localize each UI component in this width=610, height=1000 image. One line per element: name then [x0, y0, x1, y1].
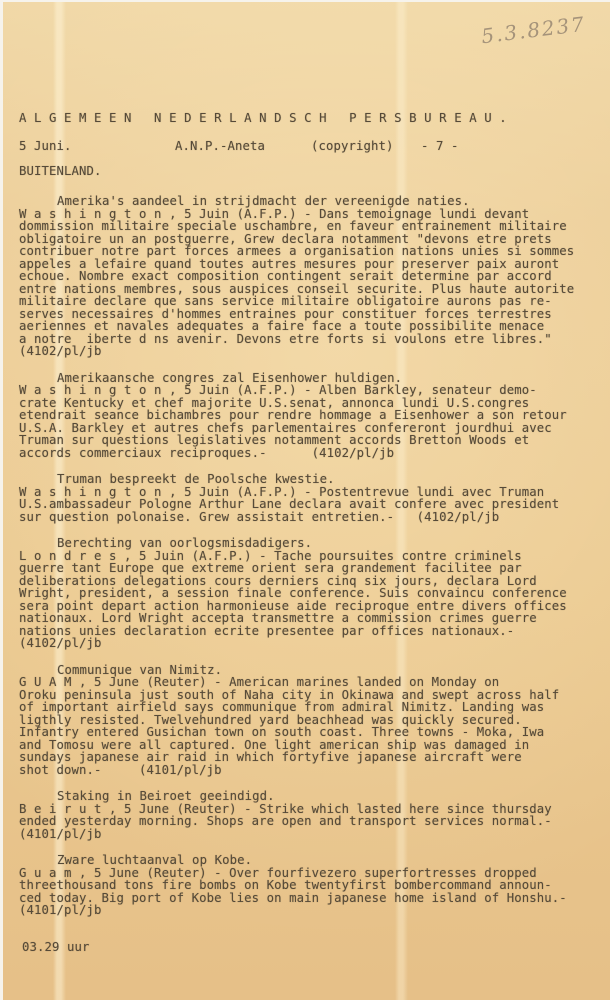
copyright-notice: (copyright) [311, 140, 394, 153]
article-kobe-raid: Zware luchtaanval op Kobe. G u a m , 5 J… [19, 854, 596, 917]
article-body: G u a m , 5 June (Reuter) - Over fourfiv… [19, 867, 596, 917]
dateline: 5 Juni. A.N.P.-Aneta (copyright) - 7 - [3, 140, 610, 154]
issue-date: 5 Juni. [19, 140, 72, 153]
page-number: - 7 - [421, 140, 459, 153]
article-truman-poland: Truman bespreekt de Poolsche kwestie. W … [19, 473, 596, 523]
document-page: 5.3.8237 A L G E M E E N N E D E R L A N… [3, 2, 610, 1000]
article-body: W a s h i n g t o n , 5 Juin (A.F.P.) - … [19, 384, 596, 459]
article-body: B e i r u t , 5 June (Reuter) - Strike w… [19, 803, 596, 841]
article-us-armed-forces: Amerika's aandeel in strijdmacht der ver… [19, 195, 596, 358]
article-war-criminals: Berechting van oorlogsmisdadigers. L o n… [19, 537, 596, 650]
article-title: Zware luchtaanval op Kobe. [19, 854, 596, 867]
article-beirut-strike: Staking in Beiroet geeindigd. B e i r u … [19, 790, 596, 840]
article-title: Truman bespreekt de Poolsche kwestie. [19, 473, 596, 486]
article-body: W a s h i n g t o n , 5 Juin (A.F.P.) - … [19, 208, 596, 358]
article-title: Amerika's aandeel in strijdmacht der ver… [19, 195, 596, 208]
article-title: Berechting van oorlogsmisdadigers. [19, 537, 596, 550]
articles-column: Amerika's aandeel in strijdmacht der ver… [19, 195, 596, 931]
article-body: G U A M , 5 June (Reuter) - American mar… [19, 676, 596, 776]
agency-credit: A.N.P.-Aneta [175, 140, 265, 153]
article-body: W a s h i n g t o n , 5 Juin (A.F.P.) - … [19, 486, 596, 524]
handwritten-archive-number: 5.3.8237 [480, 12, 587, 49]
article-nimitz-communique: Communique van Nimitz. G U A M , 5 June … [19, 664, 596, 777]
transmission-time: 03.29 uur [22, 941, 90, 954]
article-congress-eisenhower: Amerikaansche congres zal Eisenhower hul… [19, 372, 596, 460]
section-rubric: BUITENLAND. [19, 165, 102, 178]
article-title: Staking in Beiroet geeindigd. [19, 790, 596, 803]
article-body: L o n d r e s , 5 Juin (A.F.P.) - Tache … [19, 550, 596, 650]
agency-title: A L G E M E E N N E D E R L A N D S C H … [19, 112, 507, 125]
